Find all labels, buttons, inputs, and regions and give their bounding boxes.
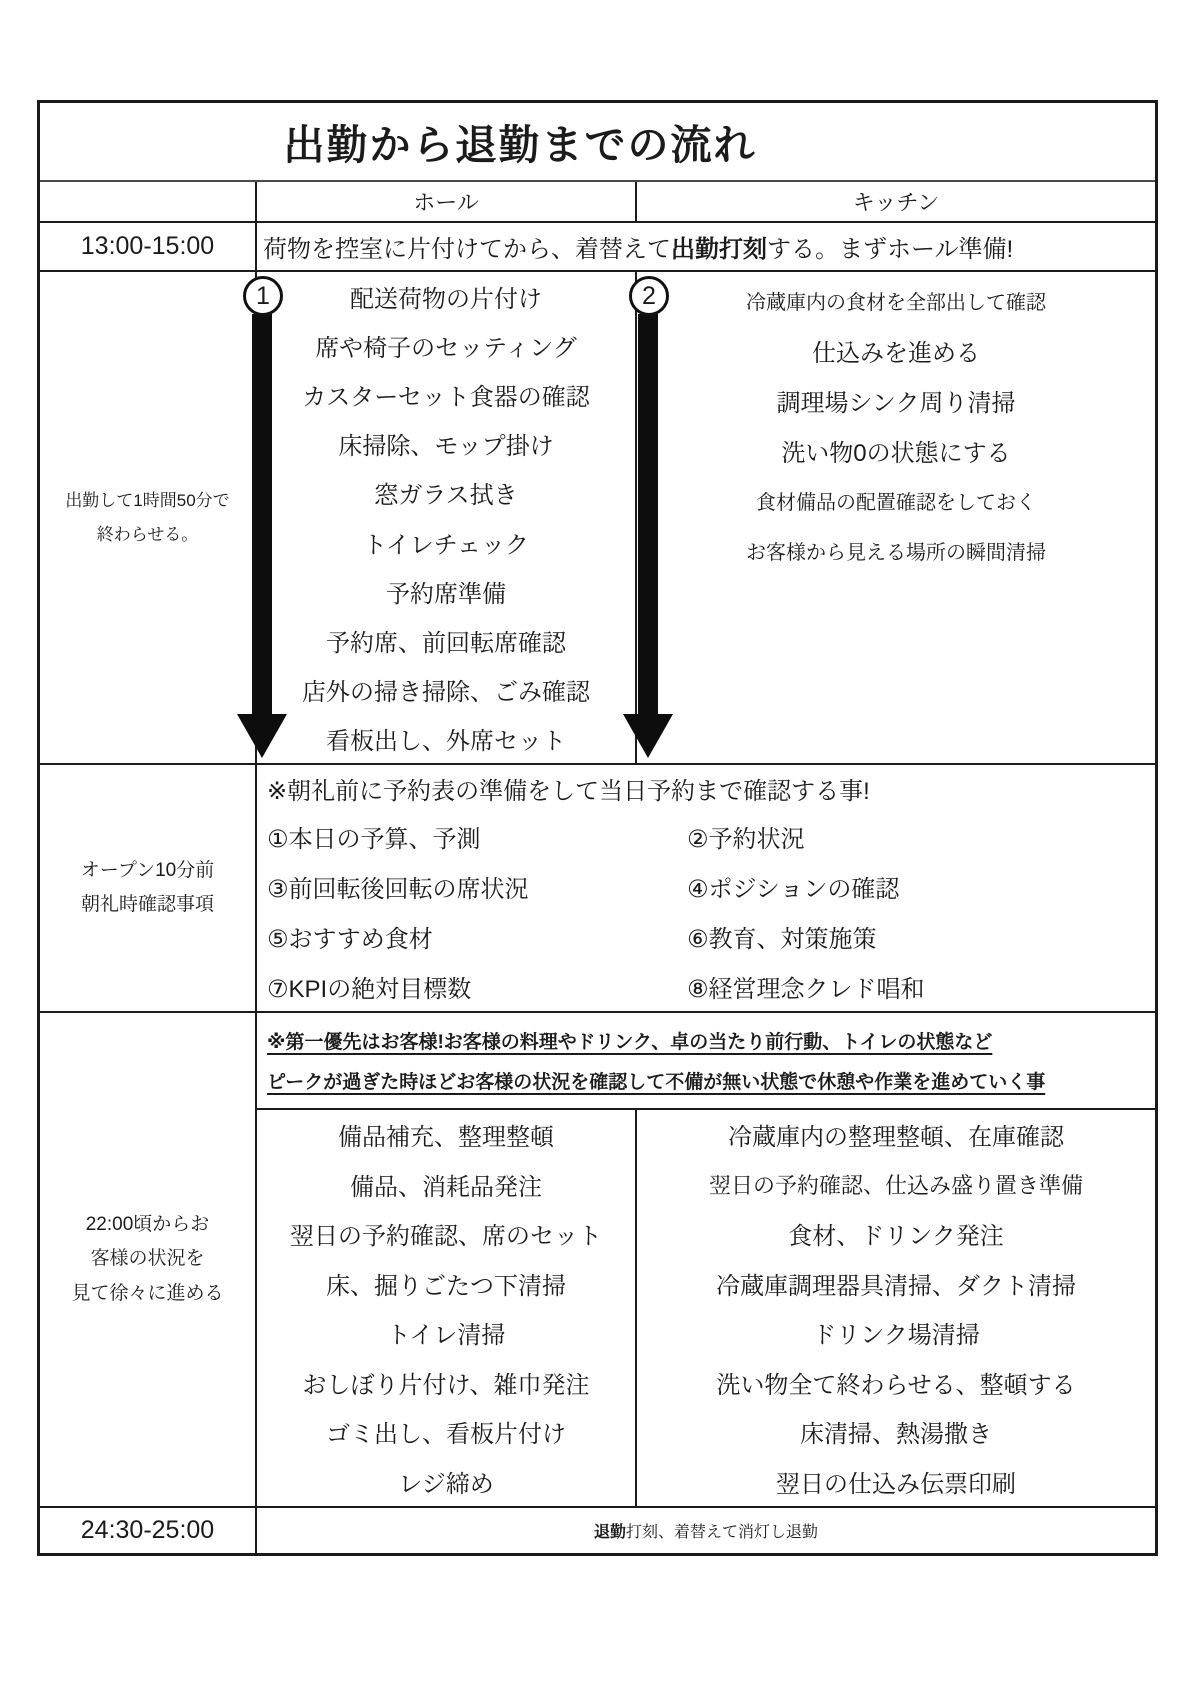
clock-out-text-bold: 退勤 bbox=[594, 1519, 626, 1542]
prep-hall-task: 窓ガラス拭き bbox=[374, 475, 517, 510]
briefing-content-cell: ※朝礼前に予約表の準備をして当日予約まで確認する事! ①本日の予算、予測②予約状… bbox=[257, 765, 1155, 1011]
late-kitchen-task: 冷蔵庫調理器具清掃、ダクト清掃 bbox=[716, 1266, 1076, 1301]
prep-hall-task: 席や椅子のセッティング bbox=[315, 328, 577, 363]
briefing-checklist-item: ②予約状況 bbox=[687, 819, 1155, 854]
prep-side-note-line1: 出勤して1時間50分で bbox=[65, 484, 229, 517]
clock-out-instruction: 退勤打刻、着替えて消灯し退勤 bbox=[257, 1508, 1155, 1553]
prep-kitchen-task: 洗い物0の状態にする bbox=[781, 433, 1010, 468]
late-hall-task: トイレ清掃 bbox=[387, 1315, 506, 1350]
prep-hall-task: 看板出し、外席セット bbox=[326, 721, 566, 756]
briefing-checklist-item: ⑦KPIの絶対目標数 bbox=[267, 969, 687, 1004]
late-hall-task: 翌日の予約確認、席のセット bbox=[290, 1216, 602, 1251]
late-kitchen-task: 洗い物全て終わらせる、整頓する bbox=[716, 1365, 1075, 1400]
down-arrow-kitchen-head-icon bbox=[623, 714, 673, 758]
down-arrow-hall-shaft bbox=[252, 314, 272, 714]
briefing-row: オープン10分前 朝礼時確認事項 ※朝礼前に予約表の準備をして当日予約まで確認す… bbox=[40, 765, 1155, 1013]
prep-hall-task: カスターセット食器の確認 bbox=[302, 377, 590, 412]
late-task-table: 備品補充、整理整頓備品、消耗品発注翌日の予約確認、席のセット床、掘りごたつ下清掃… bbox=[257, 1110, 1155, 1506]
late-hall-task: ゴミ出し、看板片付け bbox=[326, 1414, 566, 1449]
late-hall-task: 備品、消耗品発注 bbox=[350, 1167, 542, 1202]
clock-out-row: 24:30-25:00 退勤打刻、着替えて消灯し退勤 bbox=[40, 1508, 1155, 1553]
late-hall-task: レジ締め bbox=[398, 1464, 493, 1499]
late-content-cell: ※第一優先はお客様!お客様の料理やドリンク、卓の当たり前行動、トイレの状態など … bbox=[257, 1013, 1155, 1506]
circled-number-2-badge: 2 bbox=[629, 276, 669, 316]
clock-in-row: 13:00-15:00 荷物を控室に片付けてから、着替えて出勤打刻する。まずホー… bbox=[40, 223, 1155, 272]
late-kitchen-task: ドリンク場清掃 bbox=[812, 1315, 980, 1350]
briefing-note: ※朝礼前に予約表の準備をして当日予約まで確認する事! bbox=[257, 765, 1155, 811]
circled-number-1-badge: 1 bbox=[243, 276, 283, 316]
late-hall-task: 床、掘りごたつ下清掃 bbox=[326, 1266, 566, 1301]
prep-hall-task: 店外の掃き掃除、ごみ確認 bbox=[302, 672, 590, 707]
late-priority-note-2: ピークが過ぎた時ほどお客様の状況を確認して不備が無い状態で休憩や作業を進めていく… bbox=[267, 1067, 1155, 1094]
clock-in-text-bold: 出勤打刻 bbox=[671, 229, 767, 264]
clock-in-time: 13:00-15:00 bbox=[40, 223, 257, 270]
down-arrow-hall-head-icon bbox=[237, 714, 287, 758]
late-kitchen-task: 翌日の予約確認、仕込み盛り置き準備 bbox=[709, 1169, 1083, 1200]
document-page: 出勤から退勤までの流れ ホール キッチン 13:00-15:00 荷物を控室に片… bbox=[0, 0, 1190, 1683]
briefing-checklist-item: ①本日の予算、予測 bbox=[267, 819, 687, 854]
late-kitchen-task: 翌日の仕込み伝票印刷 bbox=[776, 1464, 1016, 1499]
briefing-side-note-line2: 朝礼時確認事項 bbox=[81, 888, 214, 922]
clock-out-time: 24:30-25:00 bbox=[40, 1508, 257, 1553]
prep-kitchen-task: お客様から見える場所の瞬間清掃 bbox=[746, 536, 1046, 565]
late-kitchen-task: 食材、ドリンク発注 bbox=[788, 1216, 1004, 1251]
late-hall-task: おしぼり片付け、雑巾発注 bbox=[302, 1365, 589, 1400]
late-kitchen-task: 冷蔵庫内の整理整頓、在庫確認 bbox=[728, 1117, 1064, 1152]
late-side-note-line1: 22:00頃からお bbox=[86, 1208, 210, 1242]
prep-kitchen-task: 調理場シンク周り清掃 bbox=[777, 383, 1016, 418]
header-kitchen: キッチン bbox=[637, 182, 1155, 221]
prep-side-note: 出勤して1時間50分で 終わらせる。 bbox=[40, 272, 257, 763]
prep-side-note-line2: 終わらせる。 bbox=[97, 518, 199, 551]
prep-hall-task: 配送荷物の片付け bbox=[350, 279, 542, 314]
prep-kitchen-task: 冷蔵庫内の食材を全部出して確認 bbox=[746, 286, 1046, 315]
prep-kitchen-task: 食材備品の配置確認をしておく bbox=[756, 486, 1036, 515]
workflow-table: 出勤から退勤までの流れ ホール キッチン 13:00-15:00 荷物を控室に片… bbox=[37, 100, 1158, 1556]
clock-out-text-suffix: 打刻、着替えて消灯し退勤 bbox=[626, 1519, 818, 1542]
page-title: 出勤から退勤までの流れ bbox=[40, 112, 1155, 171]
prep-hall-task: 床掃除、モップ掛け bbox=[338, 426, 553, 461]
clock-in-instruction: 荷物を控室に片付けてから、着替えて出勤打刻する。まずホール準備! bbox=[257, 223, 1155, 270]
late-kitchen-task: 床清掃、熱湯撒き bbox=[800, 1414, 992, 1449]
briefing-checklist-item: ③前回転後回転の席状況 bbox=[267, 869, 687, 904]
late-priority-note-1: ※第一優先はお客様!お客様の料理やドリンク、卓の当たり前行動、トイレの状態など bbox=[267, 1027, 1155, 1054]
briefing-side-note-line1: オープン10分前 bbox=[81, 854, 214, 888]
down-arrow-kitchen-shaft bbox=[638, 314, 658, 714]
late-side-note-line3: 見て徐々に進める bbox=[71, 1277, 223, 1311]
briefing-checklist: ①本日の予算、予測②予約状況③前回転後回転の席状況④ポジションの確認⑤おすすめ食… bbox=[257, 811, 1155, 1011]
late-side-note: 22:00頃からお 客様の状況を 見て徐々に進める bbox=[40, 1013, 257, 1506]
prep-hall-cell: 配送荷物の片付け席や椅子のセッティングカスターセット食器の確認床掃除、モップ掛け… bbox=[257, 272, 637, 763]
late-shift-row: 22:00頃からお 客様の状況を 見て徐々に進める ※第一優先はお客様!お客様の… bbox=[40, 1013, 1155, 1508]
late-side-note-line2: 客様の状況を bbox=[90, 1242, 204, 1276]
title-row: 出勤から退勤までの流れ bbox=[40, 103, 1155, 182]
prep-hall-task: 予約席準備 bbox=[386, 574, 506, 609]
briefing-checklist-item: ⑤おすすめ食材 bbox=[267, 919, 687, 954]
prep-kitchen-cell: 冷蔵庫内の食材を全部出して確認仕込みを進める調理場シンク周り清掃洗い物0の状態に… bbox=[637, 272, 1155, 763]
prep-kitchen-list: 冷蔵庫内の食材を全部出して確認仕込みを進める調理場シンク周り清掃洗い物0の状態に… bbox=[637, 272, 1155, 575]
clock-in-text-prefix: 荷物を控室に片付けてから、着替えて bbox=[263, 229, 671, 264]
column-header-row: ホール キッチン bbox=[40, 182, 1155, 223]
briefing-checklist-item: ④ポジションの確認 bbox=[687, 869, 1155, 904]
prep-kitchen-task: 仕込みを進める bbox=[812, 333, 980, 368]
prep-row: 出勤して1時間50分で 終わらせる。 配送荷物の片付け席や椅子のセッティングカス… bbox=[40, 272, 1155, 765]
prep-hall-task: 予約席、前回転席確認 bbox=[326, 623, 566, 658]
briefing-checklist-item: ⑥教育、対策施策 bbox=[687, 919, 1155, 954]
clock-in-text-suffix: する。まずホール準備! bbox=[767, 229, 1013, 264]
briefing-checklist-item: ⑧経営理念クレド唱和 bbox=[687, 969, 1155, 1004]
late-kitchen-list: 冷蔵庫内の整理整頓、在庫確認翌日の予約確認、仕込み盛り置き準備食材、ドリンク発注… bbox=[637, 1110, 1155, 1506]
prep-hall-task: トイレチェック bbox=[363, 525, 529, 560]
prep-hall-list: 配送荷物の片付け席や椅子のセッティングカスターセット食器の確認床掃除、モップ掛け… bbox=[257, 272, 635, 763]
late-hall-task: 備品補充、整理整頓 bbox=[338, 1117, 554, 1152]
header-hall: ホール bbox=[257, 182, 637, 221]
late-priority-notes: ※第一優先はお客様!お客様の料理やドリンク、卓の当たり前行動、トイレの状態など … bbox=[257, 1013, 1155, 1110]
header-spacer-cell bbox=[40, 182, 257, 221]
late-hall-list: 備品補充、整理整頓備品、消耗品発注翌日の予約確認、席のセット床、掘りごたつ下清掃… bbox=[257, 1110, 637, 1506]
briefing-side-note: オープン10分前 朝礼時確認事項 bbox=[40, 765, 257, 1011]
